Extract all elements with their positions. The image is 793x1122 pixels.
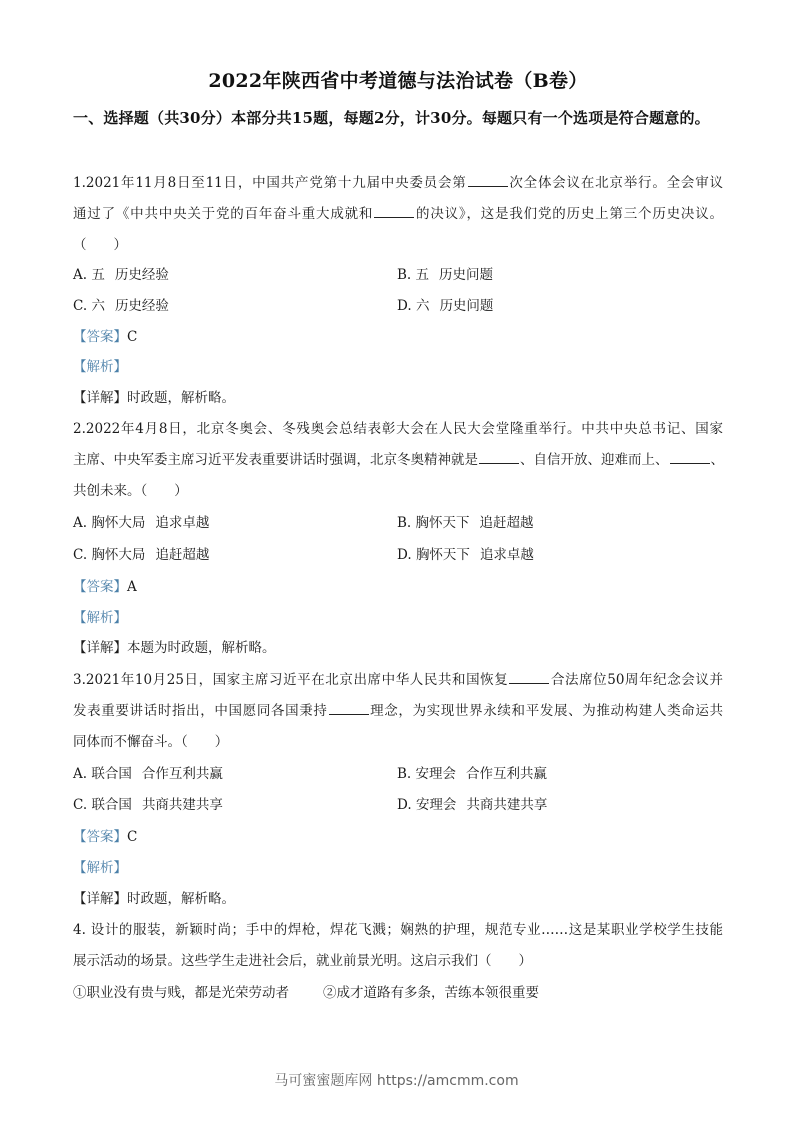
question-2-stem-line-2: 主席、中央军委主席习近平发表重要讲话时强调，北京冬奥精神就是、自信开放、迎难而上…: [73, 450, 723, 470]
question-2-detail: 【详解】本题为时政题，解析略。: [73, 638, 276, 658]
question-1-analysis-label: 【解析】: [73, 357, 127, 377]
question-3-analysis-label: 【解析】: [73, 858, 127, 878]
question-1-bracket: （ ）: [73, 235, 127, 255]
fill-blank: [670, 450, 710, 464]
question-2-option-a: A. 胸怀大局追求卓越: [73, 513, 209, 533]
answer-label: 【答案】: [73, 829, 127, 845]
statement-2: ②成才道路有多条，苦练本领很重要: [323, 985, 539, 1001]
fill-blank: [468, 173, 508, 187]
question-2-option-c: C. 胸怀大局追赶超越: [73, 545, 209, 565]
watermark-footer: 马可蜜蜜题库网 https://amcmm.com: [0, 1070, 793, 1090]
question-3-detail: 【详解】时政题，解析略。: [73, 889, 235, 909]
question-3-option-b: B. 安理会合作互利共赢: [397, 764, 547, 784]
question-1-stem-line-1: 1.2021年11月8日至11日，中国共产党第十九届中央委员会第次全体会议在北京…: [73, 173, 723, 193]
question-1-option-d: D. 六历史问题: [397, 296, 493, 316]
answer-value: C: [127, 829, 137, 845]
question-1-detail: 【详解】时政题，解析略。: [73, 388, 235, 408]
question-3-answer: 【答案】C: [73, 827, 137, 847]
question-3-option-c: C. 联合国共商共建共享: [73, 795, 223, 815]
question-2-option-d: D. 胸怀天下追求卓越: [397, 545, 534, 565]
section-heading: 一、选择题（共30分）本部分共15题，每题2分，计30分。每题只有一个选项是符合…: [73, 103, 723, 134]
statement-1: ①职业没有贵与贱，都是光荣劳动者: [73, 985, 289, 1001]
answer-value: C: [127, 329, 137, 345]
question-2-analysis-label: 【解析】: [73, 608, 127, 628]
question-3-stem-line-3: 同体而不懈奋斗。（ ）: [73, 732, 228, 752]
question-1-answer: 【答案】C: [73, 327, 137, 347]
question-3-stem-line-2: 发表重要讲话时指出，中国愿同各国秉持理念，为实现世界永续和平发展、为推动构建人类…: [73, 701, 723, 721]
question-4-stem-line-2: 展示活动的场景。这些学生走进社会后，就业前景光明。这启示我们（ ）: [73, 951, 532, 971]
question-1-option-b: B. 五历史问题: [397, 265, 493, 285]
question-2-stem-line-1: 2.2022年4月8日，北京冬奥会、冬残奥会总结表彰大会在人民大会堂隆重举行。中…: [73, 419, 723, 439]
document-title: 2022年陕西省中考道德与法治试卷（B卷）: [73, 66, 723, 93]
fill-blank: [329, 701, 369, 715]
fill-blank: [509, 670, 549, 684]
question-1-option-a: A. 五历史经验: [73, 265, 169, 285]
question-3-option-d: D. 安理会共商共建共享: [397, 795, 547, 815]
fill-blank: [374, 204, 414, 218]
question-2-stem-line-3: 共创未来。（ ）: [73, 481, 188, 501]
question-1-stem-line-2: 通过了《中共中央关于党的百年奋斗重大成就和的决议》，这是我们党的历史上第三个历史…: [73, 204, 723, 224]
question-4-stem-line-1: 4. 设计的服装，新颖时尚；手中的焊枪，焊花飞溅；娴熟的护理，规范专业……这是某…: [73, 920, 723, 940]
question-2-answer: 【答案】A: [73, 577, 137, 597]
fill-blank: [479, 450, 519, 464]
question-3-stem-line-1: 3.2021年10月25日，国家主席习近平在北京出席中华人民共和国恢复合法席位5…: [73, 670, 723, 690]
answer-value: A: [127, 579, 137, 595]
question-4-statements: ①职业没有贵与贱，都是光荣劳动者②成才道路有多条，苦练本领很重要: [73, 983, 539, 1003]
question-2-option-b: B. 胸怀天下追赶超越: [397, 513, 534, 533]
question-3-option-a: A. 联合国合作互利共赢: [73, 764, 223, 784]
answer-label: 【答案】: [73, 329, 127, 345]
answer-label: 【答案】: [73, 579, 127, 595]
question-1-option-c: C. 六历史经验: [73, 296, 169, 316]
